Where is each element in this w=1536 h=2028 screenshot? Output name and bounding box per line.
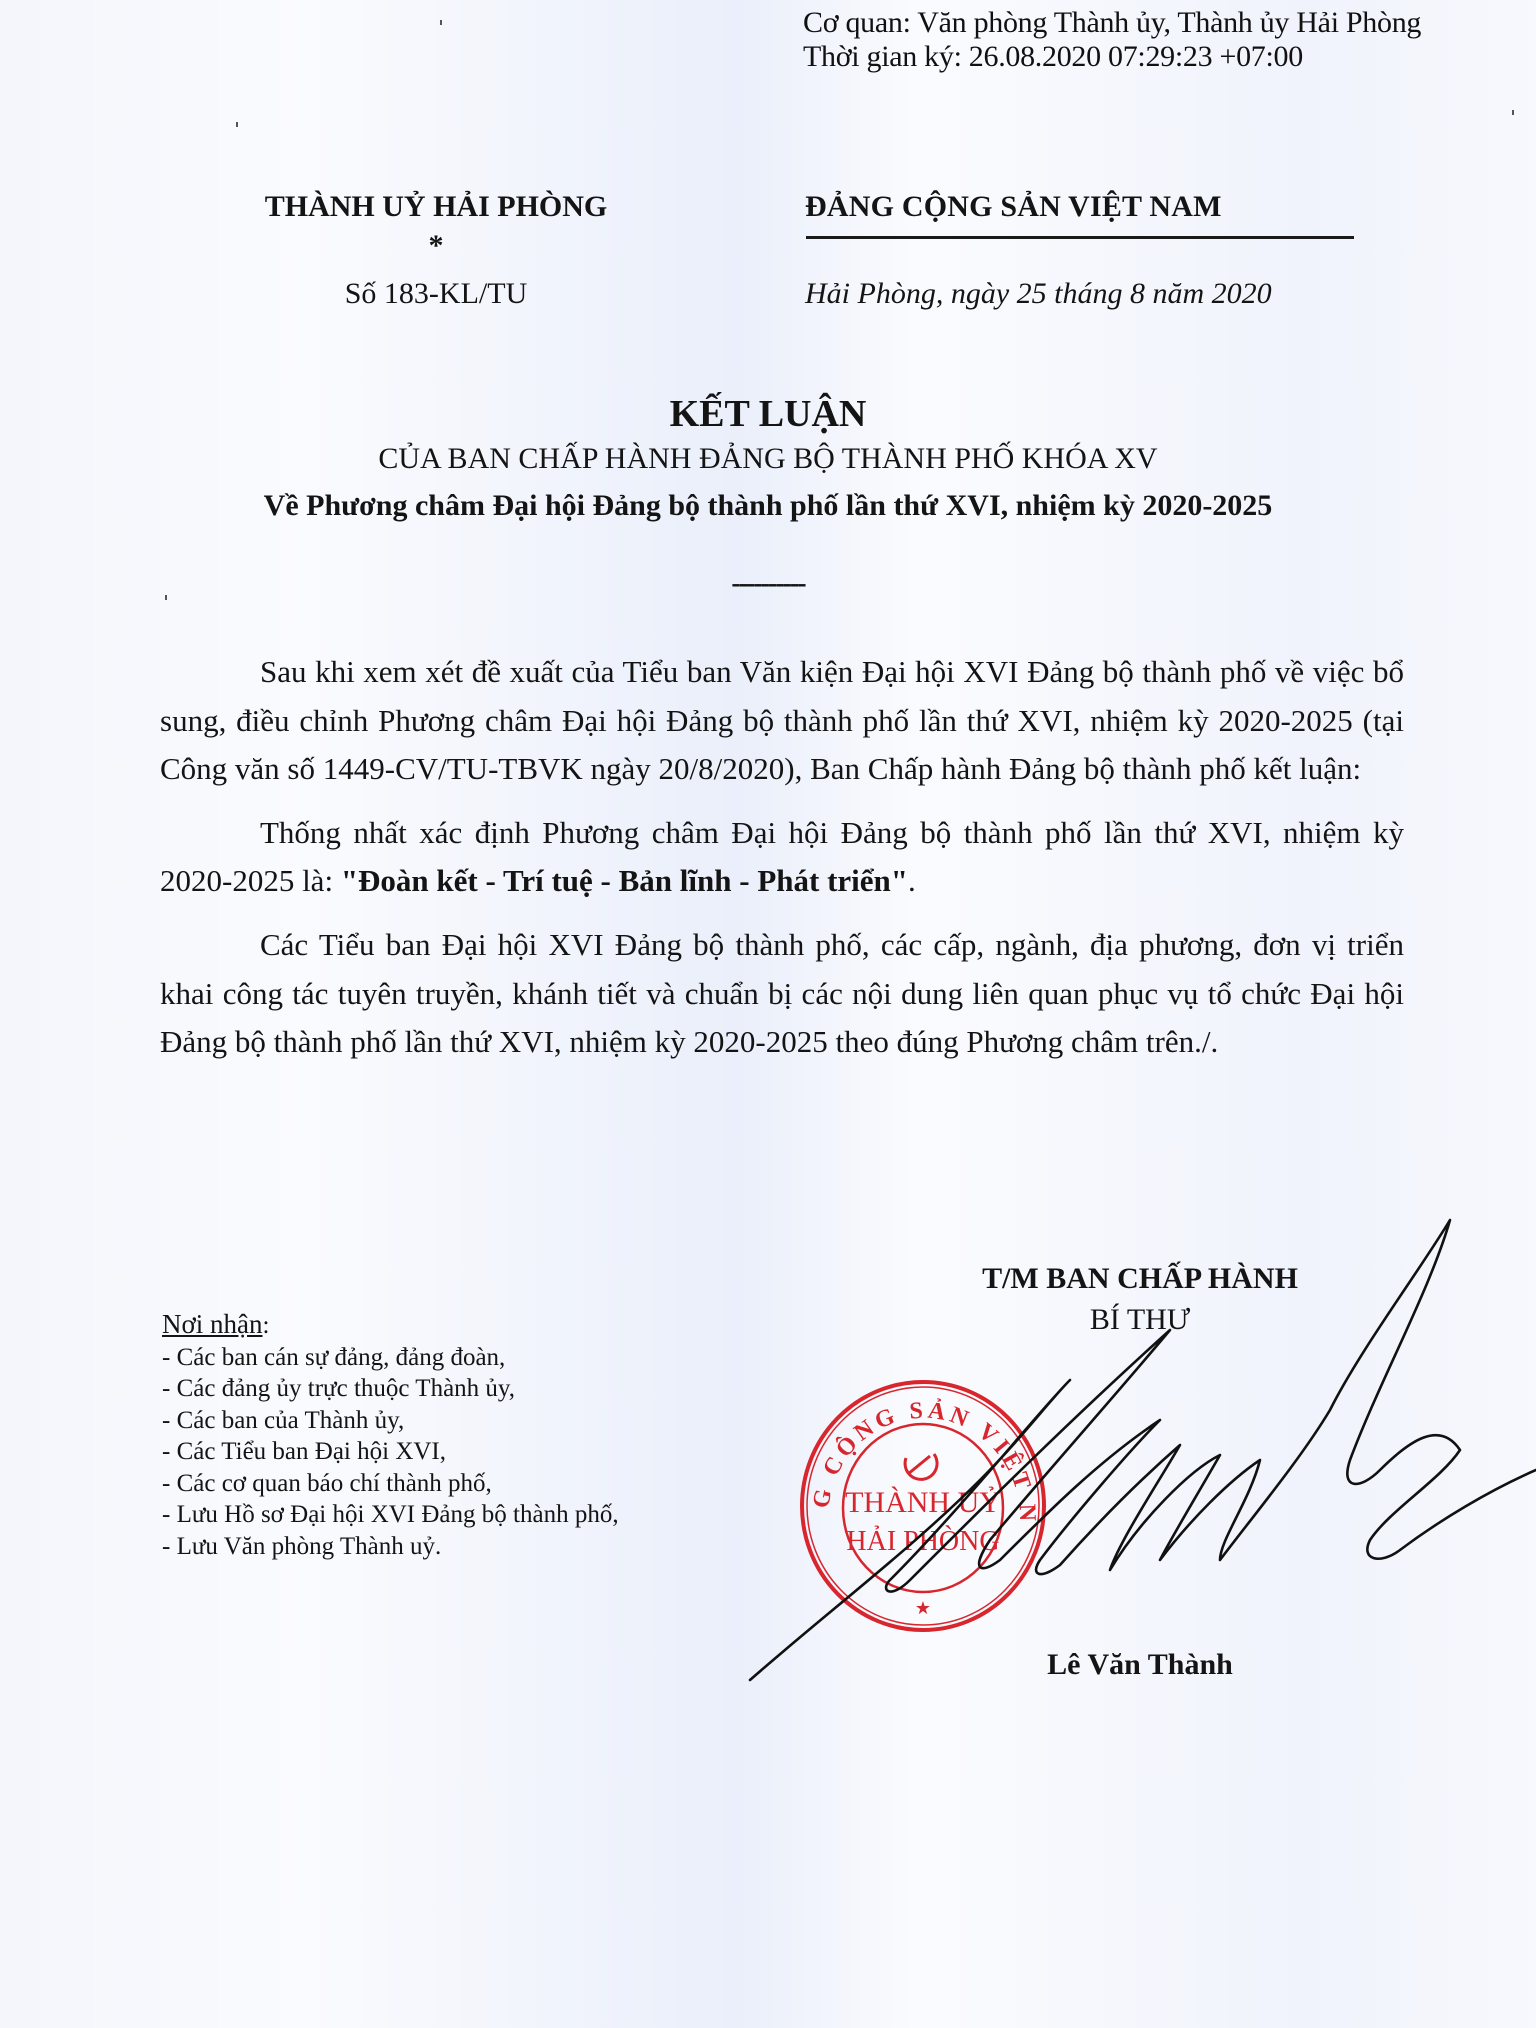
document-issuer: CỦA BAN CHẤP HÀNH ĐẢNG BỘ THÀNH PHỐ KHÓA…: [0, 442, 1536, 476]
recipients-heading: Nơi nhận: [162, 1309, 263, 1339]
scan-speck: [440, 20, 442, 25]
party-name-underline: [806, 236, 1354, 239]
recipients-list: Nơi nhận: - Các ban cán sự đảng, đảng đo…: [162, 1309, 619, 1562]
scan-speck: [236, 122, 238, 127]
body-paragraph-2: Thống nhất xác định Phương châm Đại hội …: [160, 809, 1404, 906]
issuing-organization: THÀNH UỶ HẢI PHÒNG: [226, 190, 646, 224]
recipients-heading-colon: :: [263, 1312, 270, 1339]
body-paragraph-3: Các Tiểu ban Đại hội XVI Đảng bộ thành p…: [160, 921, 1404, 1067]
recipient-item: - Các đảng ủy trực thuộc Thành ủy,: [162, 1373, 619, 1405]
congress-motto: "Đoàn kết - Trí tuệ - Bản lĩnh - Phát tr…: [341, 863, 908, 898]
document-type-title: KẾT LUẬN: [0, 392, 1536, 436]
document-body: Sau khi xem xét đề xuất của Tiểu ban Văn…: [160, 648, 1404, 1068]
party-name: ĐẢNG CỘNG SẢN VIỆT NAM: [805, 190, 1222, 224]
place-and-date: Hải Phòng, ngày 25 tháng 8 năm 2020: [805, 277, 1272, 311]
body-paragraph-1: Sau khi xem xét đề xuất của Tiểu ban Văn…: [160, 648, 1404, 794]
digital-signature-info: Cơ quan: Văn phòng Thành ủy, Thành ủy Hả…: [803, 6, 1421, 74]
recipient-item: - Các Tiểu ban Đại hội XVI,: [162, 1436, 619, 1468]
signing-time: Thời gian ký: 26.08.2020 07:29:23 +07:00: [803, 40, 1421, 74]
recipient-item: - Các ban cán sự đảng, đảng đoàn,: [162, 1342, 619, 1374]
title-divider: ----------: [0, 568, 1536, 600]
recipient-item: - Lưu Văn phòng Thành uỷ.: [162, 1531, 619, 1563]
recipient-item: - Các ban của Thành ủy,: [162, 1405, 619, 1437]
handwritten-signature: [740, 1180, 1536, 1700]
signer-name: Lê Văn Thành: [880, 1648, 1400, 1682]
document-number: Số 183-KL/TU: [226, 277, 646, 311]
document-subject: Về Phương châm Đại hội Đảng bộ thành phố…: [0, 489, 1536, 523]
header-separator-star: *: [226, 229, 646, 263]
recipient-item: - Lưu Hồ sơ Đại hội XVI Đảng bộ thành ph…: [162, 1499, 619, 1531]
scan-speck: [1512, 110, 1514, 115]
paragraph-2-end: .: [908, 863, 916, 898]
recipient-item: - Các cơ quan báo chí thành phố,: [162, 1468, 619, 1500]
signing-agency: Cơ quan: Văn phòng Thành ủy, Thành ủy Hả…: [803, 6, 1421, 40]
